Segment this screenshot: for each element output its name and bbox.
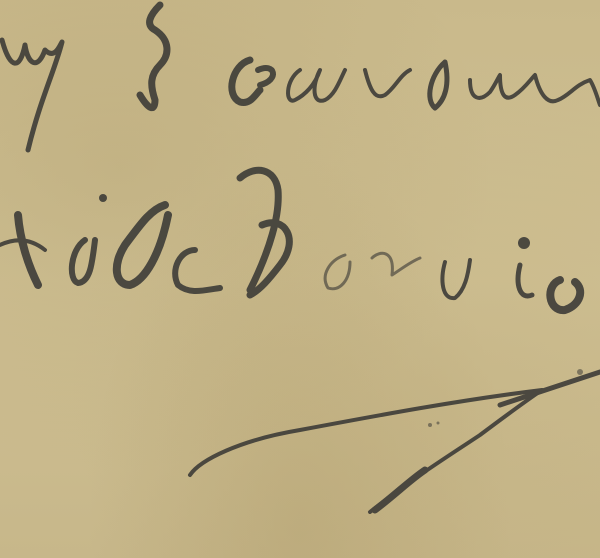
line-1-strokes — [2, 5, 600, 150]
handwriting-ink — [0, 0, 600, 558]
line-2-strokes — [0, 170, 580, 310]
flourish-strokes — [190, 372, 600, 512]
manuscript-paper: …y Souvenir …ride Bornie… — [0, 0, 600, 558]
